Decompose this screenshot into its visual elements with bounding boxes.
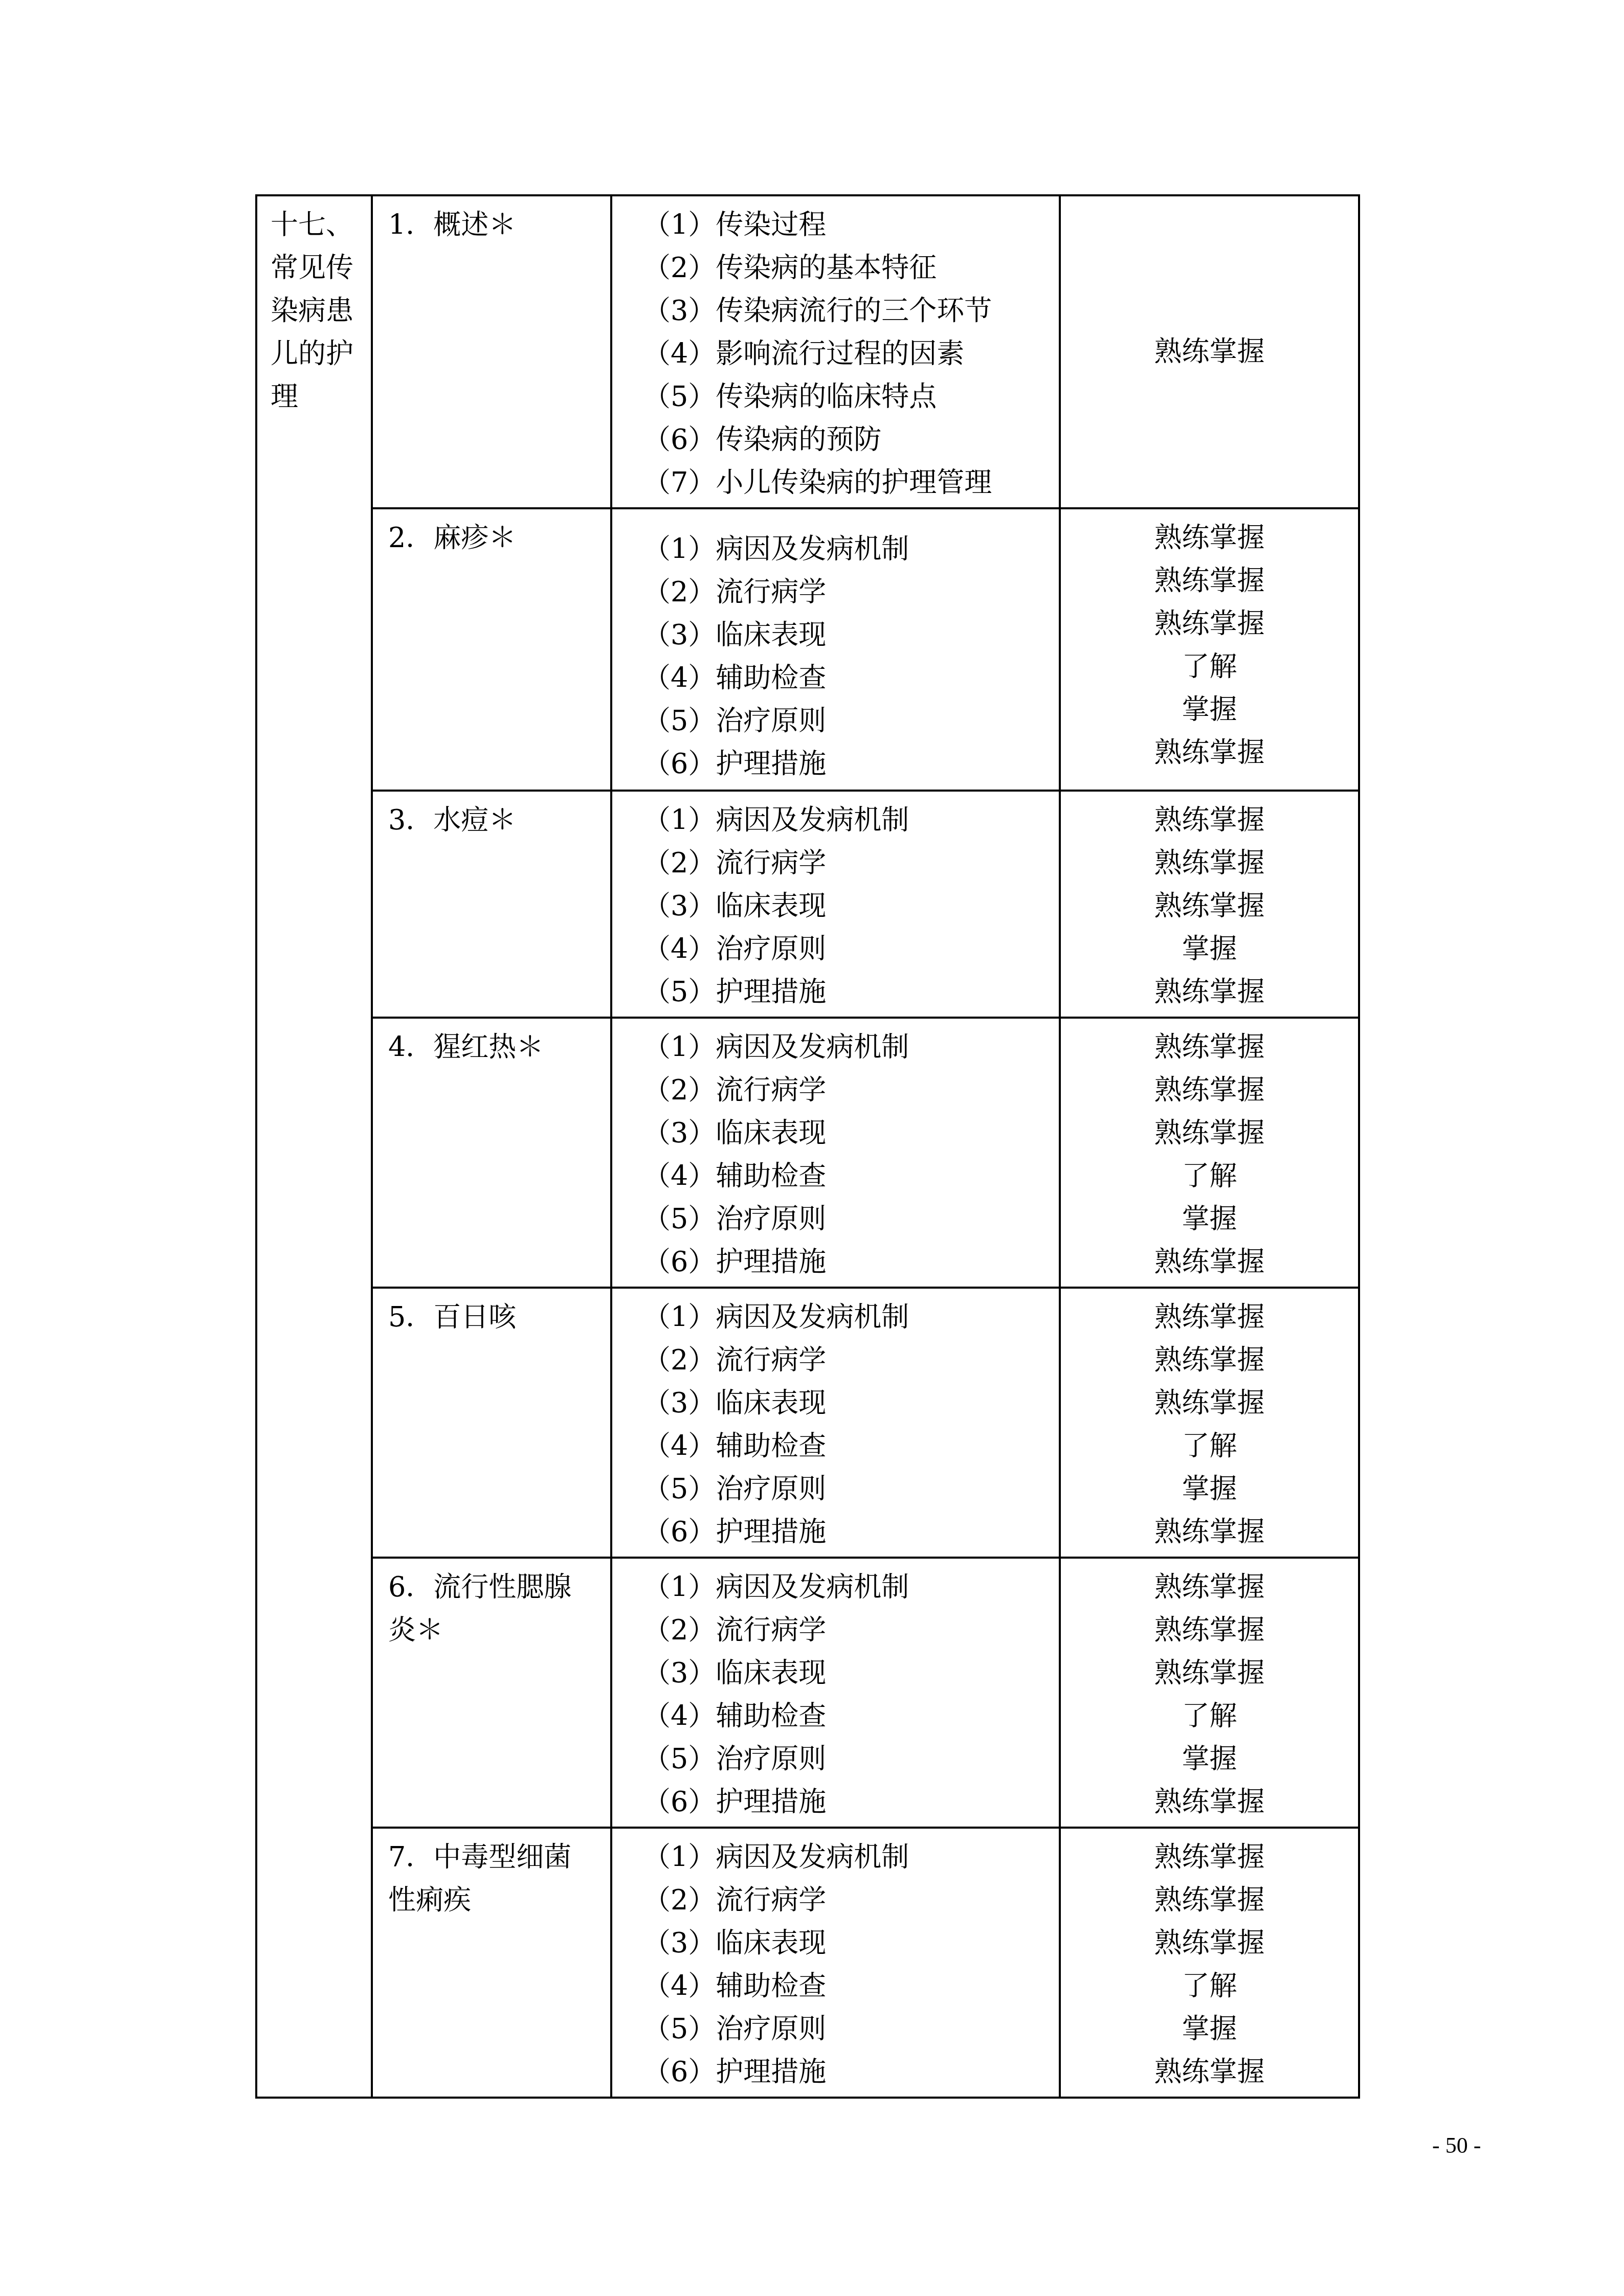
mastery-level: 掌握 [1061,1738,1358,1781]
list-item: （5）治疗原则 [643,2008,1059,2051]
table-row: 4．猩红热＊ （1）病因及发病机制 （2）流行病学 （3）临床表现 （4）辅助检… [256,1018,1359,1288]
mastery-level: 了解 [1061,1965,1358,2008]
mastery-level: 熟练掌握 [1061,330,1358,373]
topic-cell: 5．百日咳 [372,1288,611,1558]
list-item: （1）病因及发病机制 [643,1566,1059,1609]
list-item: （3）临床表现 [643,1652,1059,1695]
level-cell: 熟练掌握 熟练掌握 熟练掌握 了解 掌握 熟练掌握 [1060,1018,1359,1288]
mastery-level: 熟练掌握 [1061,1511,1358,1554]
list-item: （1）病因及发病机制 [643,1836,1059,1879]
list-item: （4）影响流行过程的因素 [643,332,1059,375]
list-item: （3）传染病流行的三个环节 [643,289,1059,332]
table-row: 2．麻疹＊ （1）病因及发病机制 （2）流行病学 （3）临床表现 （4）辅助检查… [256,508,1359,791]
list-item: （2）流行病学 [643,1879,1059,1922]
mastery-level: 熟练掌握 [1061,1609,1358,1652]
list-item: （4）辅助检查 [643,1155,1059,1198]
list-item: （1）传染过程 [643,204,1059,246]
mastery-level: 熟练掌握 [1061,516,1358,559]
items-cell: （1）病因及发病机制 （2）流行病学 （3）临床表现 （4）辅助检查 （5）治疗… [611,1018,1060,1288]
mastery-level: 熟练掌握 [1061,1382,1358,1425]
topic-title: 1．概述＊ [373,196,610,246]
topic-title: 6．流行性腮腺炎＊ [373,1559,577,1652]
mastery-level: 熟练掌握 [1061,885,1358,928]
list-item: （5）护理措施 [643,971,1059,1014]
list-item: （5）治疗原则 [643,1198,1059,1241]
level-cell: 熟练掌握 [1060,195,1359,508]
list-item: （3）临床表现 [643,885,1059,928]
topic-title: 4．猩红热＊ [373,1019,610,1069]
table-row: 6．流行性腮腺炎＊ （1）病因及发病机制 （2）流行病学 （3）临床表现 （4）… [256,1558,1359,1828]
mastery-level: 熟练掌握 [1061,842,1358,885]
topic-title: 2．麻疹＊ [373,509,610,559]
mastery-level: 掌握 [1061,688,1358,731]
list-item: （5）传染病的临床特点 [643,375,1059,418]
topic-cell: 2．麻疹＊ [372,508,611,791]
list-item: （6）护理措施 [643,1781,1059,1824]
items-cell: （1）病因及发病机制 （2）流行病学 （3）临床表现 （4）辅助检查 （5）治疗… [611,1828,1060,2098]
table-row: 7．中毒型细菌性痢疾 （1）病因及发病机制 （2）流行病学 （3）临床表现 （4… [256,1828,1359,2098]
list-item: （5）治疗原则 [643,700,1059,742]
mastery-level: 熟练掌握 [1061,1652,1358,1695]
mastery-level: 熟练掌握 [1061,971,1358,1014]
topic-cell: 7．中毒型细菌性痢疾 [372,1828,611,2098]
mastery-level: 熟练掌握 [1061,1112,1358,1155]
mastery-level: 熟练掌握 [1061,1069,1358,1112]
mastery-level: 了解 [1061,1695,1358,1738]
list-item: （5）治疗原则 [643,1468,1059,1511]
list-item: （1）病因及发病机制 [643,1296,1059,1339]
mastery-level: 熟练掌握 [1061,1566,1358,1609]
list-item: （2）流行病学 [643,842,1059,885]
list-item: （7）小儿传染病的护理管理 [643,461,1059,504]
topic-title: 3．水痘＊ [373,792,610,842]
list-item: （1）病因及发病机制 [643,528,1059,571]
list-item: （6）传染病的预防 [643,418,1059,461]
list-item: （4）治疗原则 [643,928,1059,971]
mastery-level: 掌握 [1061,928,1358,971]
list-item: （6）护理措施 [643,1241,1059,1284]
table-row: 3．水痘＊ （1）病因及发病机制 （2）流行病学 （3）临床表现 （4）治疗原则… [256,791,1359,1018]
mastery-level: 熟练掌握 [1061,1922,1358,1965]
mastery-level: 了解 [1061,645,1358,688]
mastery-level: 了解 [1061,1155,1358,1198]
list-item: （3）临床表现 [643,1382,1059,1425]
level-cell: 熟练掌握 熟练掌握 熟练掌握 了解 掌握 熟练掌握 [1060,1828,1359,2098]
list-item: （3）临床表现 [643,1112,1059,1155]
list-item: （5）治疗原则 [643,1738,1059,1781]
list-item: （4）辅助检查 [643,1425,1059,1468]
unit-title: 十七、常见传染病患儿的护理 [257,196,371,418]
mastery-level: 掌握 [1061,1468,1358,1511]
table-row: 5．百日咳 （1）病因及发病机制 （2）流行病学 （3）临床表现 （4）辅助检查… [256,1288,1359,1558]
list-item: （6）护理措施 [643,1511,1059,1554]
list-item: （4）辅助检查 [643,657,1059,700]
mastery-level: 熟练掌握 [1061,1879,1358,1922]
list-item: （4）辅助检查 [643,1695,1059,1738]
mastery-level: 了解 [1061,1425,1358,1468]
table-row: 十七、常见传染病患儿的护理 1．概述＊ （1）传染过程 （2）传染病的基本特征 … [256,195,1359,508]
topic-title: 5．百日咳 [373,1289,610,1339]
page-number: - 50 - [1432,2132,1481,2158]
list-item: （2）流行病学 [643,1339,1059,1382]
list-item: （2）传染病的基本特征 [643,246,1059,289]
list-item: （3）临床表现 [643,1922,1059,1965]
list-item: （2）流行病学 [643,571,1059,614]
mastery-level: 熟练掌握 [1061,559,1358,602]
list-item: （1）病因及发病机制 [643,799,1059,842]
list-item: （4）辅助检查 [643,1965,1059,2008]
list-item: （2）流行病学 [643,1069,1059,1112]
mastery-level: 熟练掌握 [1061,1836,1358,1879]
items-cell: （1）病因及发病机制 （2）流行病学 （3）临床表现 （4）辅助检查 （5）治疗… [611,508,1060,791]
level-cell: 熟练掌握 熟练掌握 熟练掌握 掌握 熟练掌握 [1060,791,1359,1018]
list-item: （2）流行病学 [643,1609,1059,1652]
list-item: （6）护理措施 [643,742,1059,785]
level-cell: 熟练掌握 熟练掌握 熟练掌握 了解 掌握 熟练掌握 [1060,1288,1359,1558]
mastery-level: 熟练掌握 [1061,1781,1358,1824]
items-cell: （1）传染过程 （2）传染病的基本特征 （3）传染病流行的三个环节 （4）影响流… [611,195,1060,508]
items-cell: （1）病因及发病机制 （2）流行病学 （3）临床表现 （4）治疗原则 （5）护理… [611,791,1060,1018]
list-item: （6）护理措施 [643,2051,1059,2094]
topic-cell: 4．猩红热＊ [372,1018,611,1288]
topic-title: 7．中毒型细菌性痢疾 [373,1829,588,1922]
mastery-level: 熟练掌握 [1061,1339,1358,1382]
list-item: （1）病因及发病机制 [643,1026,1059,1069]
items-cell: （1）病因及发病机制 （2）流行病学 （3）临床表现 （4）辅助检查 （5）治疗… [611,1558,1060,1828]
unit-cell: 十七、常见传染病患儿的护理 [256,195,372,2098]
mastery-level: 熟练掌握 [1061,731,1358,774]
list-item: （3）临床表现 [643,614,1059,657]
mastery-level: 熟练掌握 [1061,1241,1358,1284]
mastery-level: 熟练掌握 [1061,2051,1358,2094]
syllabus-table: 十七、常见传染病患儿的护理 1．概述＊ （1）传染过程 （2）传染病的基本特征 … [255,194,1360,2099]
mastery-level: 熟练掌握 [1061,602,1358,645]
document-page: 十七、常见传染病患儿的护理 1．概述＊ （1）传染过程 （2）传染病的基本特征 … [0,0,1624,2296]
level-cell: 熟练掌握 熟练掌握 熟练掌握 了解 掌握 熟练掌握 [1060,508,1359,791]
mastery-level: 掌握 [1061,1198,1358,1241]
mastery-level: 熟练掌握 [1061,799,1358,842]
mastery-level: 熟练掌握 [1061,1296,1358,1339]
topic-cell: 3．水痘＊ [372,791,611,1018]
topic-cell: 6．流行性腮腺炎＊ [372,1558,611,1828]
topic-cell: 1．概述＊ [372,195,611,508]
level-cell: 熟练掌握 熟练掌握 熟练掌握 了解 掌握 熟练掌握 [1060,1558,1359,1828]
mastery-level: 掌握 [1061,2008,1358,2051]
mastery-level: 熟练掌握 [1061,1026,1358,1069]
items-cell: （1）病因及发病机制 （2）流行病学 （3）临床表现 （4）辅助检查 （5）治疗… [611,1288,1060,1558]
